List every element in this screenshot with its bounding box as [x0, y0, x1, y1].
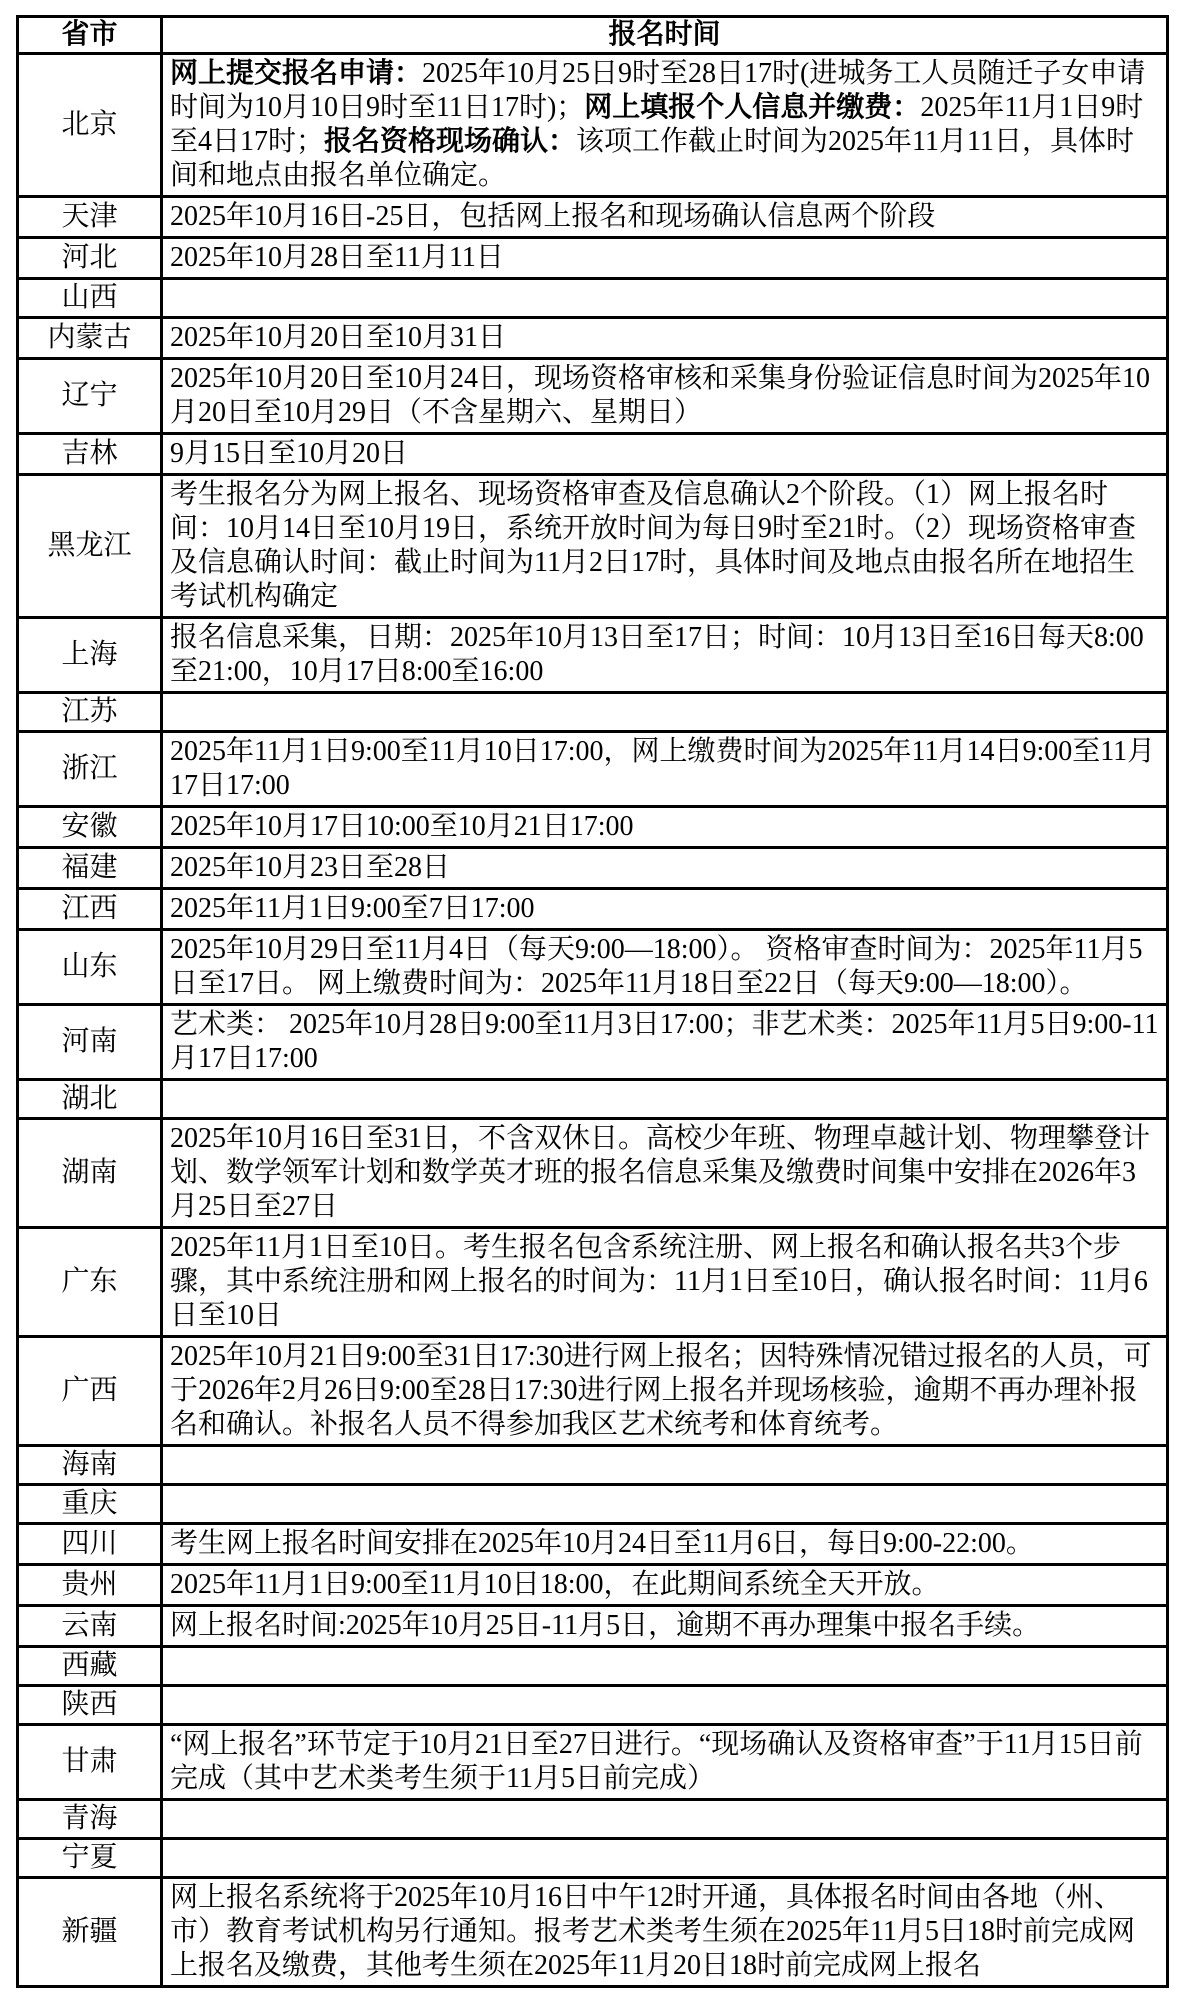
time-segment: 网上报名系统将于2025年10月16日中午12时开通，具体报名时间由各地（州、市… — [170, 1882, 1135, 1981]
table-row: 吉林9月15日至10月20日 — [18, 434, 1168, 475]
time-cell: 网上报名时间:2025年10月25日-11月5日，逾期不再办理集中报名手续。 — [162, 1606, 1168, 1647]
table-row: 河南艺术类： 2025年10月28日9:00至11月3日17:00；非艺术类：2… — [18, 1005, 1168, 1080]
time-segment: 2025年10月16日-25日，包括网上报名和现场确认信息两个阶段 — [170, 201, 935, 232]
time-segment: 2025年10月29日至11月4日（每天9:00—18:00）。 资格审查时间为… — [170, 934, 1142, 999]
province-cell: 云南 — [18, 1606, 162, 1647]
province-cell: 河南 — [18, 1005, 162, 1080]
table-row: 湖南2025年10月16日至31日，不含双休日。高校少年班、物理卓越计划、物理攀… — [18, 1119, 1168, 1228]
table-row: 青海 — [18, 1800, 1168, 1839]
time-cell: 9月15日至10月20日 — [162, 434, 1168, 475]
table-row: 海南 — [18, 1446, 1168, 1485]
time-segment: 2025年10月20日至10月31日 — [170, 322, 506, 353]
table-row: 西藏 — [18, 1647, 1168, 1686]
time-segment: 2025年11月1日9:00至11月10日18:00，在此期间系统全天开放。 — [170, 1569, 939, 1600]
time-cell: 2025年10月17日10:00至10月21日17:00 — [162, 807, 1168, 848]
time-segment: 2025年11月1日9:00至7日17:00 — [170, 893, 535, 924]
province-cell: 吉林 — [18, 434, 162, 475]
time-cell: 考生报名分为网上报名、现场资格审查及信息确认2个阶段。（1）网上报名时间：10月… — [162, 475, 1168, 618]
time-cell — [162, 1080, 1168, 1119]
table-row: 浙江2025年11月1日9:00至11月10日17:00，网上缴费时间为2025… — [18, 732, 1168, 807]
table-row: 贵州2025年11月1日9:00至11月10日18:00，在此期间系统全天开放。 — [18, 1565, 1168, 1606]
province-cell: 内蒙古 — [18, 318, 162, 359]
table-row: 辽宁2025年10月20日至10月24日，现场资格审核和采集身份验证信息时间为2… — [18, 359, 1168, 434]
time-cell: 2025年11月1日至10日。考生报名包含系统注册、网上报名和确认报名共3个步骤… — [162, 1228, 1168, 1337]
time-segment: 2025年10月28日至11月11日 — [170, 242, 504, 273]
table-row: 广东2025年11月1日至10日。考生报名包含系统注册、网上报名和确认报名共3个… — [18, 1228, 1168, 1337]
province-cell: 山东 — [18, 930, 162, 1005]
table-row: 天津2025年10月16日-25日，包括网上报名和现场确认信息两个阶段 — [18, 197, 1168, 238]
time-segment: 9月15日至10月20日 — [170, 438, 408, 469]
province-cell: 湖南 — [18, 1119, 162, 1228]
province-cell: 陕西 — [18, 1686, 162, 1725]
table-row: 四川考生网上报名时间安排在2025年10月24日至11月6日，每日9:00-22… — [18, 1524, 1168, 1565]
time-cell: 2025年10月21日9:00至31日17:30进行网上报名；因特殊情况错过报名… — [162, 1337, 1168, 1446]
time-cell: 考生网上报名时间安排在2025年10月24日至11月6日，每日9:00-22:0… — [162, 1524, 1168, 1565]
province-cell: 河北 — [18, 238, 162, 279]
table-row: 黑龙江考生报名分为网上报名、现场资格审查及信息确认2个阶段。（1）网上报名时间：… — [18, 475, 1168, 618]
province-cell: 西藏 — [18, 1647, 162, 1686]
table-row: 山西 — [18, 279, 1168, 318]
time-segment: “网上报名”环节定于10月21日至27日进行。“现场确认及资格审查”于11月15… — [170, 1729, 1143, 1794]
table-row: 重庆 — [18, 1485, 1168, 1524]
time-cell — [162, 1800, 1168, 1839]
table-row: 江西2025年11月1日9:00至7日17:00 — [18, 889, 1168, 930]
province-cell: 辽宁 — [18, 359, 162, 434]
time-segment: 2025年10月20日至10月24日，现场资格审核和采集身份验证信息时间为202… — [170, 363, 1150, 428]
province-cell: 海南 — [18, 1446, 162, 1485]
time-cell — [162, 1839, 1168, 1878]
table-row: 内蒙古2025年10月20日至10月31日 — [18, 318, 1168, 359]
province-cell: 宁夏 — [18, 1839, 162, 1878]
time-cell — [162, 1686, 1168, 1725]
time-cell: 网上提交报名申请：2025年10月25日9时至28日17时(进城务工人员随迁子女… — [162, 54, 1168, 197]
time-cell — [162, 1446, 1168, 1485]
time-cell: 2025年11月1日9:00至11月10日18:00，在此期间系统全天开放。 — [162, 1565, 1168, 1606]
table-row: 福建2025年10月23日至28日 — [18, 848, 1168, 889]
time-segment: 2025年11月1日9:00至11月10日17:00，网上缴费时间为2025年1… — [170, 736, 1155, 801]
time-segment: 网上报名时间:2025年10月25日-11月5日，逾期不再办理集中报名手续。 — [170, 1610, 1040, 1641]
time-cell: 网上报名系统将于2025年10月16日中午12时开通，具体报名时间由各地（州、市… — [162, 1878, 1168, 1987]
table-row: 湖北 — [18, 1080, 1168, 1119]
time-segment: 报名信息采集，日期：2025年10月13日至17日；时间：10月13日至16日每… — [170, 622, 1144, 687]
time-cell: 2025年10月16日至31日，不含双休日。高校少年班、物理卓越计划、物理攀登计… — [162, 1119, 1168, 1228]
province-cell: 广东 — [18, 1228, 162, 1337]
time-cell: 2025年10月16日-25日，包括网上报名和现场确认信息两个阶段 — [162, 197, 1168, 238]
table-row: 陕西 — [18, 1686, 1168, 1725]
time-segment: 艺术类： 2025年10月28日9:00至11月3日17:00；非艺术类：202… — [170, 1009, 1159, 1074]
table-row: 河北2025年10月28日至11月11日 — [18, 238, 1168, 279]
table-row: 上海报名信息采集，日期：2025年10月13日至17日；时间：10月13日至16… — [18, 618, 1168, 693]
province-cell: 广西 — [18, 1337, 162, 1446]
time-segment: 2025年11月1日至10日。考生报名包含系统注册、网上报名和确认报名共3个步骤… — [170, 1232, 1148, 1331]
table-row: 广西2025年10月21日9:00至31日17:30进行网上报名；因特殊情况错过… — [18, 1337, 1168, 1446]
time-cell: 2025年10月20日至10月31日 — [162, 318, 1168, 359]
table-body: 北京网上提交报名申请：2025年10月25日9时至28日17时(进城务工人员随迁… — [18, 54, 1168, 1987]
province-cell: 四川 — [18, 1524, 162, 1565]
province-cell: 山西 — [18, 279, 162, 318]
time-cell: 艺术类： 2025年10月28日9:00至11月3日17:00；非艺术类：202… — [162, 1005, 1168, 1080]
table-row: 江苏 — [18, 693, 1168, 732]
time-cell — [162, 1647, 1168, 1686]
time-cell: 2025年11月1日9:00至11月10日17:00，网上缴费时间为2025年1… — [162, 732, 1168, 807]
time-segment: 考生报名分为网上报名、现场资格审查及信息确认2个阶段。（1）网上报名时间：10月… — [170, 479, 1136, 612]
time-cell: “网上报名”环节定于10月21日至27日进行。“现场确认及资格审查”于11月15… — [162, 1725, 1168, 1800]
province-cell: 江西 — [18, 889, 162, 930]
table-row: 安徽2025年10月17日10:00至10月21日17:00 — [18, 807, 1168, 848]
province-cell: 北京 — [18, 54, 162, 197]
province-cell: 甘肃 — [18, 1725, 162, 1800]
province-cell: 江苏 — [18, 693, 162, 732]
time-segment: 2025年10月16日至31日，不含双休日。高校少年班、物理卓越计划、物理攀登计… — [170, 1123, 1150, 1222]
province-cell: 新疆 — [18, 1878, 162, 1987]
time-segment-bold: 网上提交报名申请： — [170, 58, 422, 89]
province-cell: 重庆 — [18, 1485, 162, 1524]
province-cell: 湖北 — [18, 1080, 162, 1119]
time-segment-bold: 报名资格现场确认： — [324, 126, 576, 157]
table-row: 北京网上提交报名申请：2025年10月25日9时至28日17时(进城务工人员随迁… — [18, 54, 1168, 197]
table-row: 新疆网上报名系统将于2025年10月16日中午12时开通，具体报名时间由各地（州… — [18, 1878, 1168, 1987]
table-header-row: 省市 报名时间 — [18, 17, 1168, 54]
header-registration-time: 报名时间 — [162, 17, 1168, 54]
time-cell: 2025年10月28日至11月11日 — [162, 238, 1168, 279]
province-cell: 贵州 — [18, 1565, 162, 1606]
registration-time-table: 省市 报名时间 北京网上提交报名申请：2025年10月25日9时至28日17时(… — [16, 15, 1169, 1988]
table-row: 甘肃“网上报名”环节定于10月21日至27日进行。“现场确认及资格审查”于11月… — [18, 1725, 1168, 1800]
time-cell: 2025年10月23日至28日 — [162, 848, 1168, 889]
time-cell: 2025年10月20日至10月24日，现场资格审核和采集身份验证信息时间为202… — [162, 359, 1168, 434]
time-cell — [162, 693, 1168, 732]
province-cell: 黑龙江 — [18, 475, 162, 618]
time-cell: 报名信息采集，日期：2025年10月13日至17日；时间：10月13日至16日每… — [162, 618, 1168, 693]
time-segment-bold: 网上填报个人信息并缴费： — [584, 92, 920, 123]
province-cell: 福建 — [18, 848, 162, 889]
time-segment: 2025年10月23日至28日 — [170, 852, 450, 883]
province-cell: 上海 — [18, 618, 162, 693]
province-cell: 天津 — [18, 197, 162, 238]
time-cell — [162, 279, 1168, 318]
time-segment: 2025年10月17日10:00至10月21日17:00 — [170, 811, 634, 842]
table-row: 云南网上报名时间:2025年10月25日-11月5日，逾期不再办理集中报名手续。 — [18, 1606, 1168, 1647]
table-row: 宁夏 — [18, 1839, 1168, 1878]
province-cell: 青海 — [18, 1800, 162, 1839]
document-page: 省市 报名时间 北京网上提交报名申请：2025年10月25日9时至28日17时(… — [0, 0, 1184, 2008]
time-cell — [162, 1485, 1168, 1524]
time-cell: 2025年11月1日9:00至7日17:00 — [162, 889, 1168, 930]
table-row: 山东2025年10月29日至11月4日（每天9:00—18:00）。 资格审查时… — [18, 930, 1168, 1005]
time-segment: 考生网上报名时间安排在2025年10月24日至11月6日，每日9:00-22:0… — [170, 1528, 1034, 1559]
province-cell: 浙江 — [18, 732, 162, 807]
time-segment: 2025年10月21日9:00至31日17:30进行网上报名；因特殊情况错过报名… — [170, 1341, 1152, 1440]
header-province: 省市 — [18, 17, 162, 54]
province-cell: 安徽 — [18, 807, 162, 848]
time-cell: 2025年10月29日至11月4日（每天9:00—18:00）。 资格审查时间为… — [162, 930, 1168, 1005]
